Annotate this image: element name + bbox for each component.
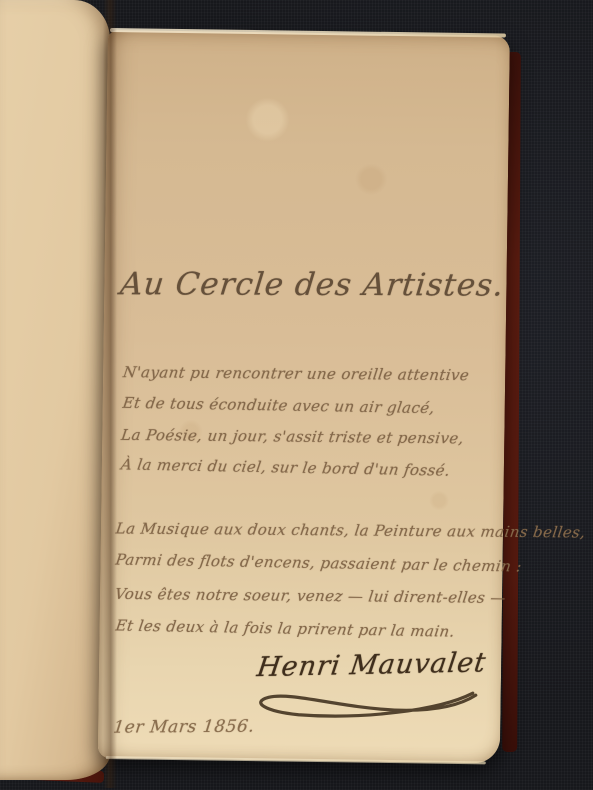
- poem-line: Et de tous éconduite avec un air glacé,: [122, 394, 436, 417]
- page-top-edge: [110, 28, 506, 38]
- manuscript-page: Au Cercle des Artistes. N'ayant pu renco…: [98, 30, 510, 764]
- signature-flourish-swash: [242, 682, 479, 727]
- book-photo: Au Cercle des Artistes. N'ayant pu renco…: [0, 0, 593, 790]
- signature-text: Henri Mauvalet: [255, 647, 488, 683]
- page-bottom-edge: [106, 756, 486, 764]
- date-text: 1er Mars 1856.: [112, 717, 256, 738]
- manuscript-title: Au Cercle des Artistes.: [119, 266, 506, 303]
- facing-page: [0, 0, 110, 780]
- poem-line: La Poésie, un jour, s'assit triste et pe…: [120, 426, 465, 448]
- poem-line: N'ayant pu rencontrer une oreille attent…: [122, 363, 470, 384]
- poem-line: Parmi des flots d'encens, passaient par …: [114, 550, 523, 575]
- poem-line: Vous êtes notre soeur, venez — lui diren…: [114, 585, 507, 607]
- poem-line: La Musique aux doux chants, la Peinture …: [115, 519, 587, 541]
- poem-line: Et les deux à la fois la prirent par la …: [115, 616, 457, 640]
- poem-line: À la merci du ciel, sur le bord d'un fos…: [120, 455, 452, 479]
